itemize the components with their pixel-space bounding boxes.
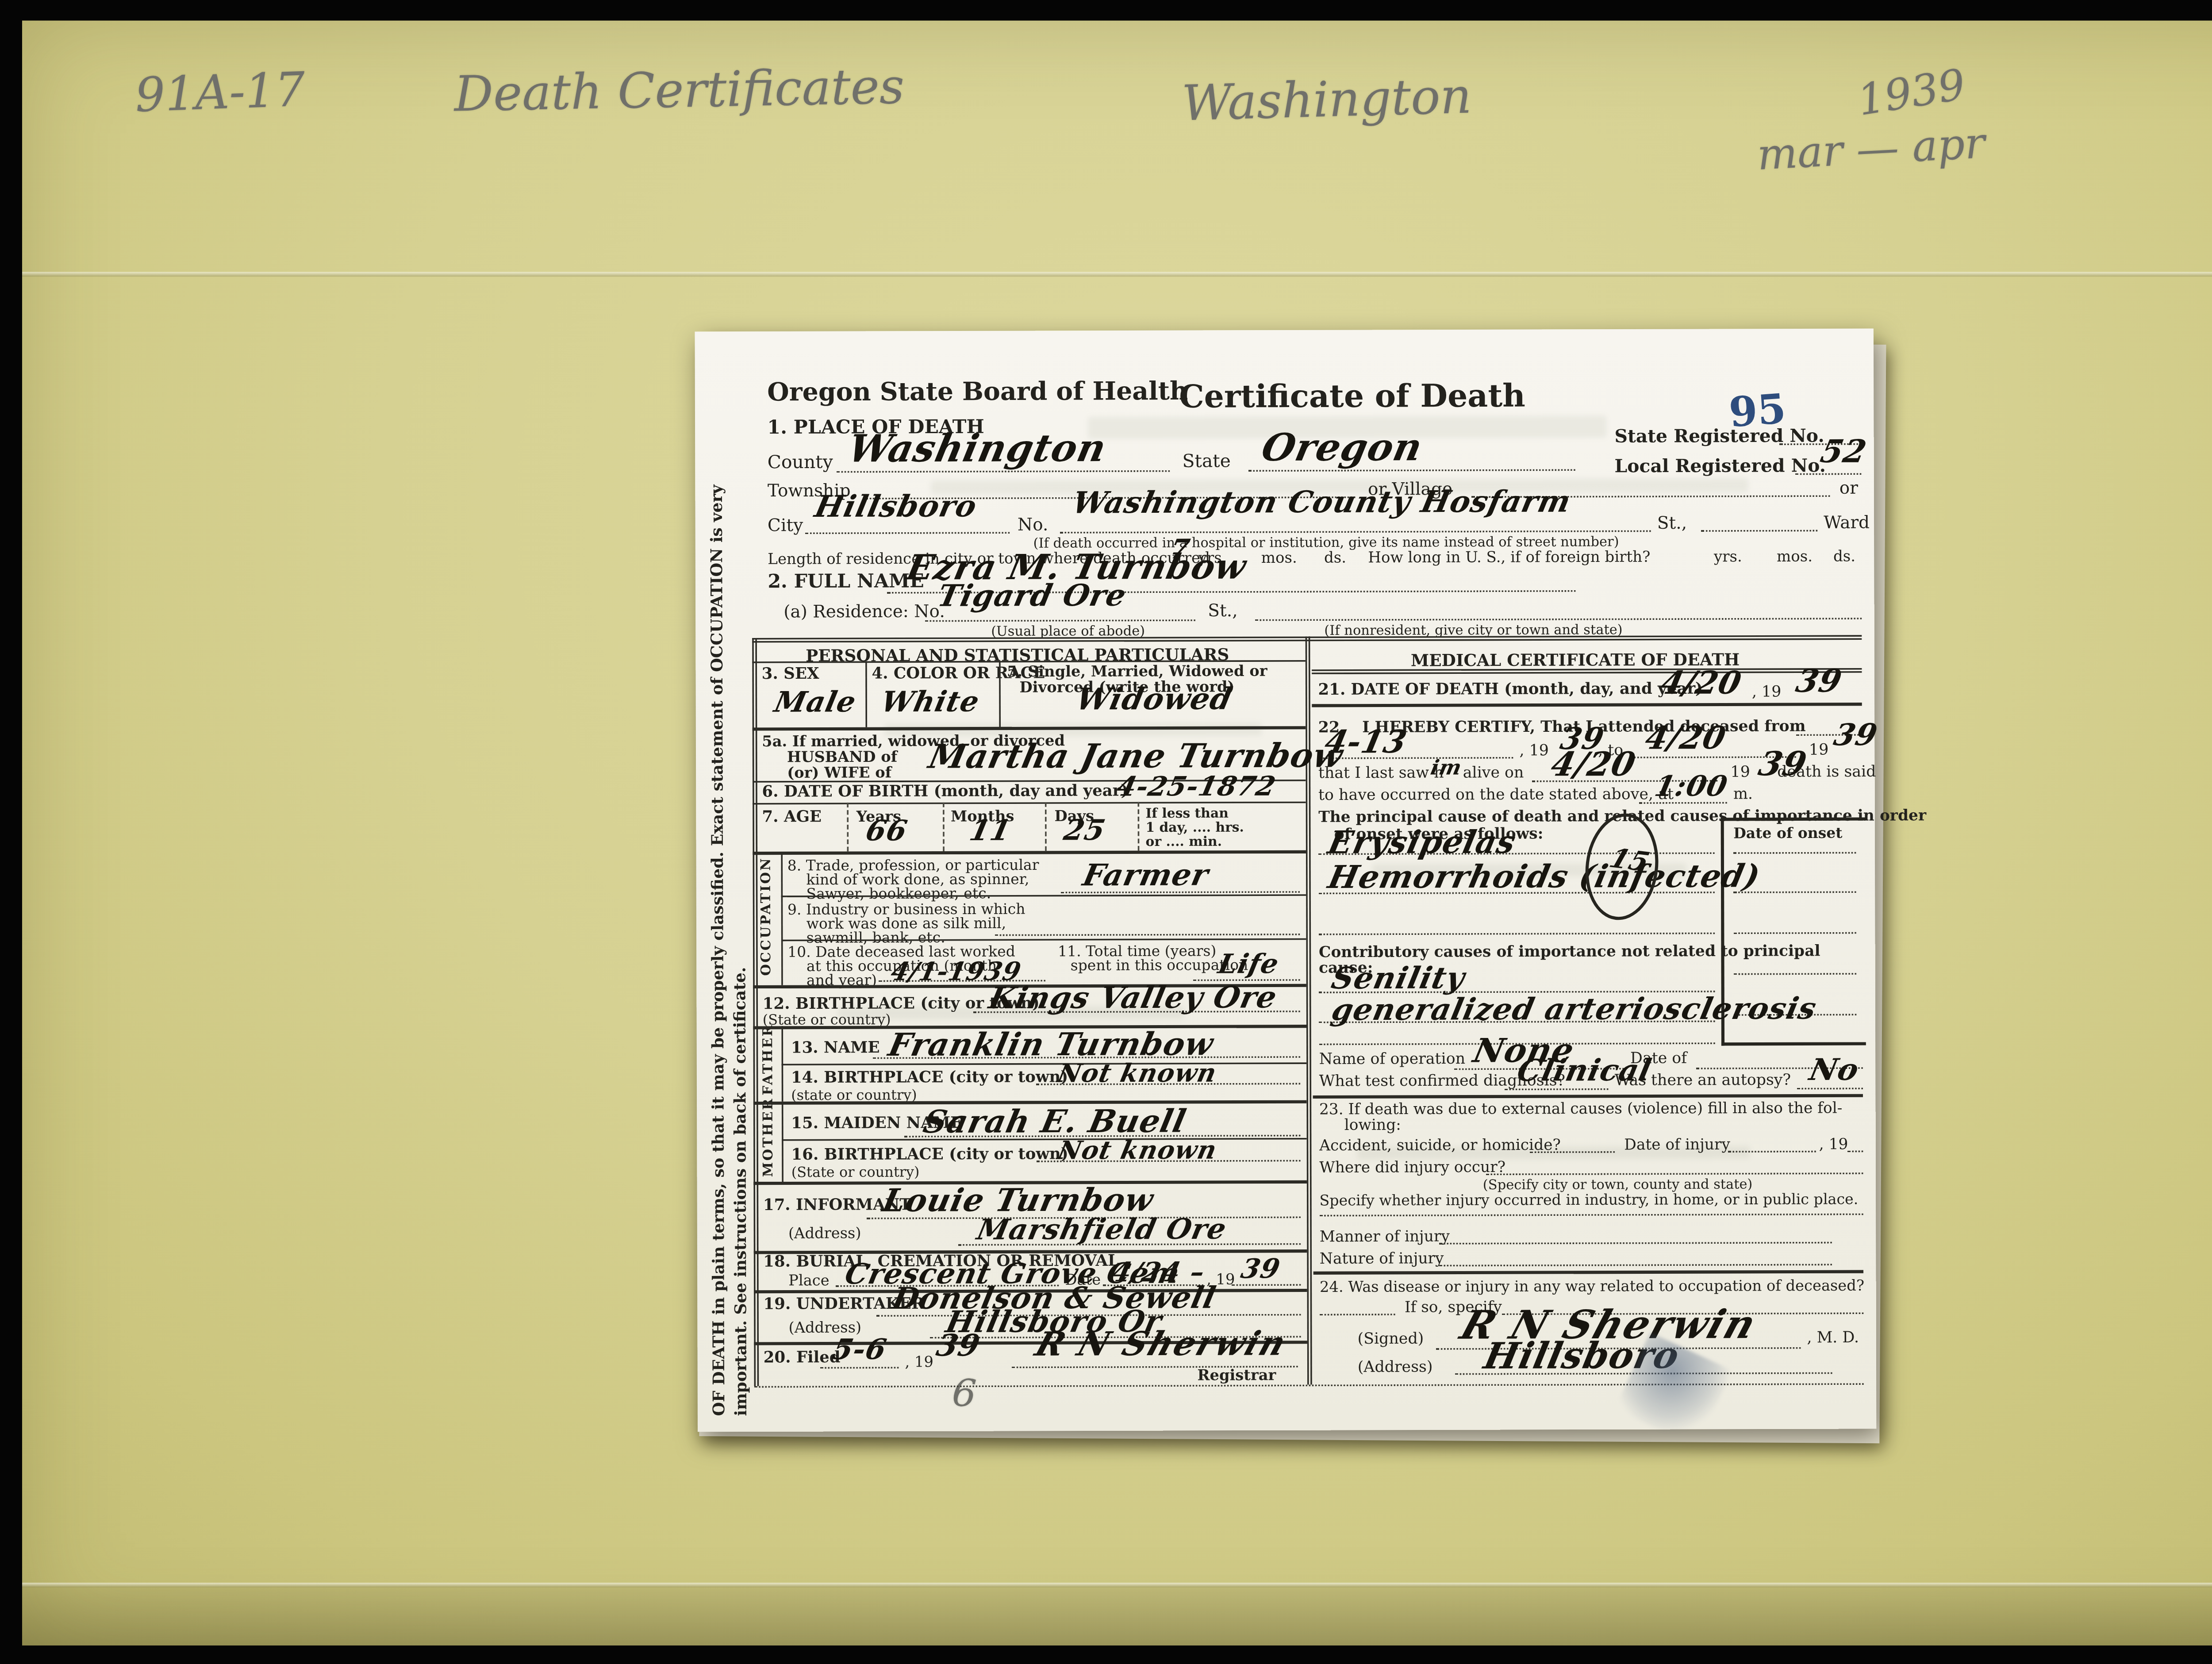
saw-post-label: alive on (1463, 765, 1524, 782)
informant-address-value: Marshfield Ore (974, 1214, 1229, 1247)
institution-value: Washington County Hosfarm (1069, 485, 1574, 521)
q16-label: 16. BIRTHPLACE (city or town) (791, 1146, 1068, 1164)
residence-value: Tigard Ore (934, 579, 1129, 614)
full-name-label: 2. FULL NAME (768, 570, 924, 592)
filed-19-label: , 19 (905, 1354, 933, 1372)
mother-birthplace-value: Not known (1055, 1135, 1220, 1165)
md-label: , M. D. (1807, 1330, 1859, 1347)
attended-from-value: 4-13 (1321, 722, 1410, 761)
q16-sub-label: (State or country) (791, 1166, 920, 1182)
dob-value: 4-25-1872 (1114, 772, 1279, 803)
where-injury-label: Where did injury occur? (1319, 1159, 1505, 1177)
signer-address-label: (Address) (1358, 1359, 1433, 1377)
mother-side-label: MOTHER (761, 1105, 777, 1177)
contributory-a-value: Senility (1329, 961, 1468, 996)
ds-label-2: ds. (1833, 549, 1855, 566)
last-seen-year-value: 39 (1755, 744, 1811, 783)
age-years-value: 66 (863, 815, 910, 848)
injury-date-label: Date of injury (1624, 1137, 1730, 1154)
scan-stage: 91A-17 Death Certificates Washington 193… (0, 0, 2212, 1664)
q8-label-3: Sawyer, bookkeeper, etc. (806, 886, 991, 903)
father-side-label: FATHER (761, 1029, 777, 1095)
death-certificate: OF DEATH in plain terms, so that it may … (695, 329, 1877, 1432)
last-seen-value: 4/20 (1548, 744, 1640, 784)
residence-label: (a) Residence: No. (783, 601, 945, 622)
cause-code-circle: 15 (1580, 809, 1664, 924)
margin-instructions: OF DEATH in plain terms, so that it may … (707, 354, 751, 1416)
mos-label-2: mos. (1777, 549, 1813, 566)
folder-bottom-crease (22, 1583, 2212, 1587)
attended-to-value: 4/20 (1642, 719, 1730, 757)
age-months-value: 11 (967, 815, 1014, 848)
pencil-title: Death Certificates (454, 59, 905, 123)
certificate-title: Certificate of Death (1179, 377, 1525, 415)
burial-year-value: 39 (1238, 1254, 1283, 1286)
less-than-label-3: or .... min. (1145, 833, 1222, 849)
contributory-label-1: Contributory causes of importance not re… (1319, 943, 1820, 962)
margin-note-line1: OF DEATH in plain terms, so that it may … (707, 354, 729, 1416)
q14-label: 14. BIRTHPLACE (city or town) (791, 1069, 1068, 1088)
manner-of-injury-label: Manner of injury (1320, 1229, 1450, 1246)
sex-label: 3. SEX (762, 666, 819, 683)
death-time-value: 1:00 (1651, 771, 1730, 804)
q23-label-2: lowing: (1344, 1117, 1401, 1134)
saw-him-hw: im (1429, 757, 1464, 780)
cause-code-value: 15 (1605, 844, 1654, 879)
cause-1-value: Erysipelas (1325, 823, 1520, 861)
pencil-file-number: 91A-17 (134, 63, 306, 124)
filed-date-value: 5-6 (829, 1334, 890, 1367)
mother-name-value: Sarah E. Buell (920, 1102, 1190, 1141)
date-of-onset-label: Date of onset (1733, 825, 1866, 843)
injury-19-label: , 19 (1819, 1137, 1848, 1154)
cause-2-value: Hemorrhoids (infected) (1325, 857, 1764, 896)
operation-label: Name of operation (1319, 1051, 1466, 1069)
county-label: County (768, 451, 833, 473)
signed-label: (Signed) (1357, 1331, 1424, 1348)
scanned-photo: 91A-17 Death Certificates Washington 193… (0, 0, 2212, 1664)
m-label: m. (1733, 786, 1753, 803)
occurred-label: to have occurred on the date stated abov… (1318, 787, 1674, 805)
margin-note-line2: important. See instructions on back of c… (730, 354, 751, 1416)
death-date-value: 4/20 (1658, 664, 1745, 702)
county-value: Washington (845, 425, 1111, 471)
husband-of-label: HUSBAND of (787, 749, 897, 767)
street-no-label: No. (1018, 515, 1048, 535)
dob-label: 6. DATE OF BIRTH (month, day and year) (762, 783, 1128, 801)
age-days-value: 25 (1061, 815, 1109, 848)
autopsy-value: No (1806, 1053, 1862, 1088)
marital-value: Widowed (1073, 682, 1235, 717)
state-value: Oregon (1258, 424, 1427, 470)
total-time-value: Life (1215, 949, 1282, 981)
death-19-label: , 19 (1752, 684, 1782, 701)
local-registered-value: 52 (1817, 432, 1870, 470)
attended-to-year-value: 39 (1831, 719, 1881, 753)
nature-of-injury-label: Nature of injury (1320, 1251, 1444, 1268)
birthplace-value: Kings Valley Ore (986, 981, 1280, 1016)
ds-label-1: ds. (1324, 550, 1346, 567)
local-registered-label: Local Registered No. (1614, 454, 1825, 477)
st-label: St., (1657, 513, 1687, 533)
yrs-label-2: yrs. (1714, 549, 1742, 566)
folder-flap-crease (22, 272, 2212, 277)
state-label: State (1182, 450, 1231, 472)
occupation-side-label: OCCUPATION (759, 850, 775, 976)
registrar-label: Registrar (1197, 1368, 1276, 1385)
from-19-label: , 19 (1519, 743, 1549, 760)
sex-value: Male (771, 686, 859, 719)
death-year-value: 39 (1793, 662, 1846, 700)
us-length-label: How long in U. S., if of foreign birth? (1368, 549, 1650, 567)
burial-place-label: Place (788, 1273, 829, 1290)
filed-year-value: 39 (933, 1329, 983, 1364)
or-label: or (1839, 478, 1858, 498)
mos-label-1: mos. (1261, 550, 1297, 567)
q13-label: 13. NAME (791, 1040, 880, 1058)
race-value: White (878, 686, 983, 719)
marital-label-1: 5. Single, Married, Widowed or (1007, 663, 1267, 681)
less-than-label-1: If less than (1145, 805, 1229, 821)
accident-label: Accident, suicide, or homicide? (1319, 1137, 1561, 1155)
specify-where-label: Specify whether injury occurred in indus… (1319, 1191, 1858, 1210)
q21-label: 21. DATE OF DEATH (month, day, and year) (1318, 681, 1703, 699)
folder-bottom-shadow (22, 1587, 2212, 1645)
spouse-value: Martha Jane Turnbow (926, 735, 1347, 776)
q17-address-label: (Address) (788, 1226, 861, 1243)
contributory-b-value: generalized arteriosclerosis (1329, 992, 1820, 1028)
q20-label: 20. Filed (764, 1350, 841, 1368)
q24-label: 24. Was disease or injury in any way rel… (1320, 1278, 1864, 1296)
registrar-signature: R N Sherwin (1031, 1323, 1293, 1363)
city-value: Hillsboro (812, 490, 980, 525)
test-value: Clinical (1514, 1054, 1655, 1089)
pencil-county: Washington (1181, 69, 1472, 133)
occupation-value: Farmer (1080, 858, 1212, 893)
city-label: City (768, 515, 803, 536)
ward-label: Ward (1824, 512, 1870, 533)
less-than-label-2: 1 day, .... hrs. (1145, 819, 1244, 835)
q23-label-1: 23. If death was due to external causes … (1319, 1100, 1843, 1119)
agency-title: Oregon State Board of Health (767, 376, 1188, 407)
pencil-code: 6 (951, 1371, 978, 1416)
age-label: 7. AGE (762, 809, 822, 826)
wife-of-label: (or) WIFE of (787, 765, 891, 783)
father-birthplace-value: Not known (1055, 1058, 1220, 1088)
residence-st-label: St., (1208, 600, 1237, 621)
